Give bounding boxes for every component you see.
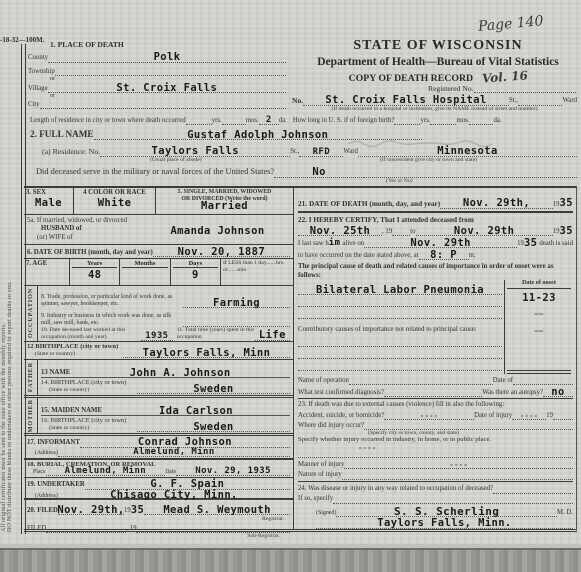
occurred-line: to have occurred on the date stated abov… — [298, 248, 573, 260]
mother-side-label: MOTHER — [27, 399, 34, 433]
attended-from-value: Nov. 25th — [310, 226, 371, 237]
occurred-time-field: 8: P — [419, 250, 469, 261]
length-da-value: 2 — [266, 116, 272, 125]
where-injury-line: Where did injury occur? — [298, 420, 573, 430]
burial-place-label: Place — [33, 469, 46, 476]
hospital-field: St. Croix Falls Hospital — [303, 95, 509, 106]
occupation-related-line: 24. Was disease or injury in any way rel… — [298, 483, 573, 494]
dod-year-value: 35 — [560, 198, 573, 209]
signature-value: S. S. Scherling — [394, 506, 499, 517]
residence-st-label: St., — [290, 148, 299, 156]
date-of-death-value: Nov. 29th, — [463, 198, 530, 209]
filed-row: 20. FILED Nov. 29th, 19 35 Mead S. Weymo… — [24, 500, 293, 516]
last-worked-label: 10. Date deceased last worked at this oc… — [41, 327, 141, 341]
mother-birthplace-label: 16. BIRTHPLACE (city or town) — [41, 417, 137, 425]
hospital-no-label: No. — [292, 96, 303, 105]
age-label: 7. AGE — [26, 260, 47, 268]
injury-date-field: ---- — [512, 413, 546, 420]
years-header: Years — [72, 260, 117, 268]
from-19-label: , 19 — [382, 228, 392, 236]
spouse-condition-label: 5a. If married, widowed, or divorced — [27, 217, 145, 225]
mother-name-label: 15. MAIDEN NAME — [41, 407, 102, 415]
contributory-label: Contributory causes of importance not re… — [298, 326, 502, 334]
marital-value: Married — [201, 201, 248, 212]
da-label-1: da. — [279, 117, 287, 125]
registered-no-label: Registered No. — [428, 84, 474, 93]
father-birthplace-value: Sweden — [193, 384, 233, 395]
race-label: 4 COLOR OR RACE — [83, 189, 146, 197]
days-header: Days — [173, 260, 218, 268]
father-side-label: FATHER — [27, 362, 34, 392]
registered-no-line: Registered No. — [428, 84, 576, 93]
sex-value: Male — [35, 198, 62, 209]
sub-filed-row: Registrar. FILED , 19 Sub-Registrar. — [24, 516, 293, 539]
copy-of-death-record-label: COPY OF DEATH RECORD — [349, 73, 474, 84]
injury-19-label: 19 — [546, 412, 553, 420]
less-than-day-label: If LESS than 1 day.......hrs. or.......m… — [223, 260, 291, 274]
signature-address-value: Taylors Falls, Minn. — [377, 518, 511, 529]
margin-note-1: DO NOT distribute these blanks to undert… — [7, 48, 13, 532]
length-label: Length of residence in city or town wher… — [30, 117, 186, 125]
informant-value: Conrad Johnson — [138, 437, 232, 448]
foreign-da-field — [469, 124, 493, 125]
accident-label: Accident, suicide, or homicide? — [298, 412, 384, 420]
principal-cause-value: Bilateral Labor Pneumonia — [316, 285, 484, 296]
accident-line: Accident, suicide, or homicide? ---- Dat… — [298, 409, 573, 420]
occurred-label: to have occurred on the date stated abov… — [298, 252, 419, 260]
military-label: Did deceased serve in the military or na… — [36, 167, 274, 177]
accident-field: ---- — [384, 413, 474, 420]
hospital-line: No. St. Croix Falls Hospital St., Ward (… — [292, 95, 577, 112]
specify-injury-label: Specify whether injury occurred in indus… — [298, 436, 573, 444]
mother-birthplace-value: Sweden — [193, 422, 233, 433]
autopsy-line: What test confirmed diagnosis? Was there… — [298, 385, 573, 399]
informant-label: 17. INFORMANT — [27, 439, 80, 447]
residence-field: Taylors Falls — [100, 146, 290, 157]
dob-value: Nov. 20, 1887 — [178, 247, 265, 258]
da-label-2: da. — [493, 117, 501, 125]
last-saw-date-field: Nov. 29th — [364, 238, 517, 249]
county-value: Polk — [154, 52, 181, 63]
death-is-said-label: death is said — [539, 240, 573, 248]
residence-ward-label: Ward — [343, 148, 358, 156]
him-typed: im — [329, 239, 341, 248]
contributory-dotline-3 — [298, 359, 502, 371]
accident-dash: ---- — [420, 413, 438, 420]
header: STATE OF WISCONSIN Department of Health—… — [300, 38, 576, 84]
autopsy-field: no — [543, 387, 573, 398]
father-birthplace-field: Sweden — [137, 384, 290, 395]
sub-filed-date-field — [46, 532, 126, 533]
manner-injury-field: ---- — [344, 462, 573, 469]
village-field: St. Croix Falls — [48, 83, 286, 94]
father-side-label-box: FATHER — [24, 360, 38, 395]
death-certificate-scan: All original certificates must be sent t… — [0, 0, 581, 572]
or-label-2: or — [50, 93, 286, 100]
burial-place-field: Almelund, Minn — [46, 467, 166, 476]
nature-injury-field — [342, 479, 573, 480]
abode-note: (Usual place of abode) — [150, 157, 202, 163]
manner-injury-label: Manner of injury — [298, 461, 344, 469]
foreign-yrs-field — [394, 124, 420, 125]
registrar-label: Registrar. — [27, 516, 284, 522]
nonresident-note: (If nonresident give city or town and st… — [380, 157, 477, 163]
mother-name-value: Ida Carlson — [159, 406, 233, 417]
if-so-line: If so, specify — [298, 494, 573, 504]
to-19-label: 19 — [553, 228, 560, 236]
total-time-label: 11. Total time (years) spent in this occ… — [177, 327, 255, 341]
hospital-value: St. Croix Falls Hospital — [325, 95, 486, 106]
hospital-note: (If death occurred in a hospital or inst… — [292, 106, 577, 112]
residence-st-field: RFD — [299, 148, 343, 157]
foreign-birth-label: How long in U. S. if of foreign birth? — [293, 117, 395, 125]
st-label: St., — [509, 97, 518, 105]
handwritten-page-number: Page 140 — [477, 13, 544, 35]
city-field — [40, 108, 286, 109]
to-year-value: 35 — [560, 226, 573, 237]
header-state: STATE OF WISCONSIN — [300, 38, 576, 54]
filed-date-value: Nov. 29th, — [57, 505, 124, 516]
township-label: Township — [28, 68, 55, 76]
wife-of-label: (or) WIFE of — [37, 234, 145, 242]
sub-filed-year-field — [136, 532, 160, 533]
cause-area: Bilateral Labor Pneumonia Contributory c… — [298, 280, 573, 374]
residence-length-line: Length of residence in city or town wher… — [30, 116, 577, 125]
principal-cause-field: Bilateral Labor Pneumonia — [298, 280, 502, 295]
attended-dates-line: Nov. 25th , 19 to Nov. 29th 19 35 — [298, 225, 573, 237]
full-name-label: 2. FULL NAME — [30, 129, 94, 140]
manner-dash: ---- — [449, 462, 467, 469]
attended-to-field: Nov. 29th — [416, 226, 553, 237]
occurred-time-value: 8: P — [430, 250, 457, 261]
date-of-onset-column: Date of onset 11-23 –– –– — [504, 280, 573, 374]
undertaker-address-label: (Address) — [35, 493, 58, 500]
cause-dotline-1 — [298, 295, 502, 307]
md-label: M. D. — [557, 509, 573, 517]
certify-label: 22. I HEREBY CERTIFY, That I attended de… — [298, 216, 573, 225]
father-name-value: John A. Johnson — [130, 368, 231, 379]
autopsy-label: Was there an autopsy? — [482, 389, 543, 397]
father-birthplace-sub: (State or country) — [49, 387, 137, 394]
birthplace-row: 12 BIRTHPLACE (city or town) (State or c… — [24, 342, 293, 360]
spouse-value: Amanda Johnson — [170, 225, 264, 237]
occupation-related-label: 24. Was disease or injury in any way rel… — [298, 485, 493, 493]
cause-dotline-2 — [298, 307, 502, 319]
sub-filed-label: FILED — [27, 525, 46, 533]
residence-label: (a) Residence: No. — [42, 147, 100, 156]
operation-line: Name of operation Date of — [298, 374, 573, 385]
residence-line: (a) Residence: No. Taylors Falls St., RF… — [42, 146, 577, 157]
burial-date-label: Date — [165, 469, 176, 476]
last-worked-field: 1935 — [141, 332, 173, 341]
total-time-field: Life — [255, 330, 290, 341]
alive-on-label: alive on — [342, 240, 364, 248]
trade-value: Farming — [213, 298, 260, 309]
header-department: Department of Health—Bureau of Vital Sta… — [300, 56, 576, 68]
signature-line: (Signed) S. S. Scherling M. D. — [298, 504, 573, 518]
main-form-box: 3. SEX Male 4 COLOR OR RACE White 5. SIN… — [24, 186, 577, 532]
lastsaw-19-label: 19 — [517, 240, 524, 248]
undertaker-address-field: Chisago City, Minn. — [58, 490, 290, 501]
specify-dash: ---- — [358, 445, 573, 452]
burial-row: 18. BURIAL, CREMATION, OR REMOVAL Place … — [24, 460, 293, 478]
father-block: FATHER 13 NAME John A. Johnson 14. BIRTH… — [24, 360, 293, 398]
industry-label: 9. Industry or business in which work wa… — [41, 313, 183, 327]
filed-19-label: 19 — [124, 507, 131, 515]
dob-field: Nov. 20, 1887 — [153, 247, 290, 258]
manner-injury-line: Manner of injury ---- — [298, 458, 573, 469]
registrar-sign-field: Mead S. Weymouth — [144, 505, 290, 516]
burial-place-value: Almelund, Minn — [65, 467, 146, 476]
handwritten-volume-number: Vol. 16 — [481, 68, 528, 85]
mother-name-field: Ida Carlson — [102, 406, 290, 416]
header-copy-title: COPY OF DEATH RECORD Vol. 16 — [300, 70, 576, 84]
township-field — [55, 75, 286, 76]
days-value: 9 — [192, 270, 199, 281]
place-of-death-title: 1. PLACE OF DEATH — [50, 40, 286, 49]
date-of-onset-label: Date of onset — [507, 280, 571, 288]
contributory-dotline-1 — [298, 335, 502, 347]
undertaker-field: G. F. Spain — [85, 479, 290, 490]
ward-label: Ward — [562, 97, 577, 105]
onset-dash-2: –– — [534, 328, 543, 335]
date-of-death-field: Nov. 29th, — [440, 198, 553, 209]
attended-to-value: Nov. 29th — [454, 226, 515, 237]
city-label: City — [28, 101, 40, 109]
place-of-death-section: 1. PLACE OF DEATH County Polk Township o… — [28, 40, 286, 109]
military-line: Did deceased serve in the military or na… — [36, 167, 577, 184]
informant-address-field: Almelund, Minn — [58, 448, 290, 457]
contributory-dotline-2 — [298, 347, 502, 359]
military-field: No — [274, 167, 364, 178]
undertaker-address-value: Chisago City, Minn. — [110, 490, 238, 501]
nature-injury-line: Nature of injury — [298, 469, 573, 482]
burial-date-value: Nov. 29, 1935 — [195, 467, 271, 476]
mother-side-label-box: MOTHER — [24, 398, 38, 433]
sub-filed-19-label: , 19 — [126, 525, 136, 533]
occupation-block: OCCUPATION 8. Trade, profession, or part… — [24, 286, 293, 342]
informant-address-value: Almelund, Minn — [133, 448, 214, 457]
residence-state-value: Minnesota — [437, 146, 498, 157]
informant-address-label: (Address) — [35, 450, 58, 457]
husband-of-label: HUSBAND of — [41, 225, 145, 233]
right-column: 21. DATE OF DEATH (month, day, and year)… — [294, 188, 576, 529]
years-value: 48 — [88, 270, 101, 281]
signature-address-line: Taylors Falls, Minn. — [298, 517, 573, 529]
village-value: St. Croix Falls — [116, 83, 217, 94]
informant-field: Conrad Johnson — [80, 437, 290, 448]
date-of-death-label: 21. DATE OF DEATH (month, day, and year) — [298, 200, 440, 209]
mother-birthplace-field: Sweden — [137, 422, 290, 433]
trade-field: Farming — [183, 298, 290, 309]
principal-cause-label: The principal cause of death and related… — [298, 263, 573, 280]
residence-state-field: Minnesota — [358, 146, 577, 157]
birthplace-value: Taylors Falls, Minn — [143, 348, 271, 359]
county-field: Polk — [48, 52, 286, 63]
father-name-field: John A. Johnson — [70, 368, 290, 378]
injury-date-label: Date of injury — [474, 412, 512, 420]
where-injury-label: Where did injury occur? — [298, 422, 364, 430]
foreign-mos-field — [430, 124, 456, 125]
date-of-death-row: 21. DATE OF DEATH (month, day, and year)… — [298, 188, 573, 213]
rfd-value: RFD — [313, 148, 330, 157]
left-column: 3. SEX Male 4 COLOR OR RACE White 5. SIN… — [24, 188, 294, 529]
registrar-name-value: Mead S. Weymouth — [163, 505, 271, 516]
undertaker-row: 19. UNDERTAKER G. F. Spain (Address) Chi… — [24, 478, 293, 500]
total-time-value: Life — [259, 330, 286, 341]
mother-birthplace-sub: (State or country) — [49, 425, 137, 432]
date-of-label: Date of — [493, 377, 513, 385]
yrs-label-1: yrs. — [212, 117, 222, 125]
if-so-label: If so, specify — [298, 495, 333, 503]
nature-injury-label: Nature of injury — [298, 471, 342, 479]
onset-dash-1: –– — [534, 311, 543, 318]
undertaker-value: G. F. Spain — [150, 479, 224, 490]
informant-row: 17. INFORMANT Conrad Johnson (Address) A… — [24, 436, 293, 460]
margin-notes: All original certificates must be sent t… — [1, 48, 13, 532]
length-mos-field — [222, 124, 246, 125]
mos-label-2: mos. — [456, 117, 469, 125]
yrs-label-2: yrs. — [420, 117, 430, 125]
signature-address-field: Taylors Falls, Minn. — [316, 518, 573, 529]
trade-label: 8. Trade, profession, or particular kind… — [41, 294, 183, 308]
dod-19-label: 19 — [553, 201, 560, 209]
registered-no-field — [474, 92, 576, 93]
months-header: Months — [122, 260, 167, 268]
residence-value: Taylors Falls — [152, 146, 239, 157]
mother-block: MOTHER 15. MAIDEN NAME Ida Carlson 16. B… — [24, 398, 293, 436]
dob-label: 6. DATE OF BIRTH (month, day and year) — [27, 249, 153, 257]
last-worked-value: 1935 — [145, 332, 168, 341]
yes-no-note: (Yes or No) — [386, 178, 577, 184]
sex-race-marital-row: 3. SEX Male 4 COLOR OR RACE White 5. SIN… — [24, 188, 293, 215]
village-label: Village — [28, 85, 48, 93]
father-name-label: 13 NAME — [41, 369, 70, 377]
filed-date-field: Nov. 29th, — [58, 505, 124, 516]
military-value: No — [312, 167, 325, 178]
father-birthplace-label: 14. BIRTHPLACE (city or town) — [41, 379, 137, 387]
last-saw-label: I last saw h — [298, 240, 329, 248]
sex-label: 3. SEX — [26, 189, 46, 197]
onset-value: 11-23 — [522, 293, 556, 304]
test-label: What test confirmed diagnosis? — [298, 389, 384, 397]
external-causes-label: 23. If death was due to external causes … — [298, 401, 573, 409]
occupation-side-label: OCCUPATION — [27, 288, 34, 338]
sub-registrar-label: Sub-Registrar. — [27, 533, 280, 539]
filed-label: 20. FILED — [27, 507, 58, 515]
race-value: White — [98, 198, 132, 209]
birthplace-sub-label: (State or country) — [35, 351, 123, 358]
last-saw-line: I last saw h im alive on Nov. 29th 19 35… — [298, 236, 573, 248]
signed-label: (Signed) — [316, 510, 336, 517]
burial-date-field: Nov. 29, 1935 — [176, 467, 290, 476]
undertaker-label: 19. UNDERTAKER — [27, 481, 85, 489]
m-label: m. — [469, 252, 476, 260]
full-name-value: Gustaf Adolph Johnson — [187, 130, 328, 141]
county-label: County — [28, 54, 48, 62]
signature-field: S. S. Scherling — [336, 506, 557, 517]
last-saw-date-value: Nov. 29th — [410, 238, 471, 249]
operation-label: Name of operation — [298, 377, 349, 385]
birthplace-field: Taylors Falls, Minn — [123, 348, 290, 359]
attended-from-field: Nov. 25th — [298, 226, 382, 237]
injury-date-dash: ---- — [520, 413, 538, 420]
filed-year-value: 35 — [131, 505, 144, 516]
dob-row: 6. DATE OF BIRTH (month, day and year) N… — [24, 245, 293, 259]
autopsy-value: no — [551, 387, 564, 398]
length-da-field: 2 — [259, 116, 279, 125]
scan-edge-dark-band — [0, 548, 581, 572]
spouse-row: 5a. If married, widowed, or divorced HUS… — [24, 215, 293, 245]
mos-label-1: mos. — [246, 117, 259, 125]
length-yrs-field — [186, 124, 212, 125]
lastsaw-year-value: 35 — [524, 238, 537, 249]
birthplace-label: 12 BIRTHPLACE (city or town) — [27, 343, 123, 351]
test-field — [384, 396, 482, 397]
occupation-side-label-box: OCCUPATION — [24, 286, 38, 341]
age-row: 7. AGE Years 48 Months Days 9 If LESS th… — [24, 259, 293, 286]
